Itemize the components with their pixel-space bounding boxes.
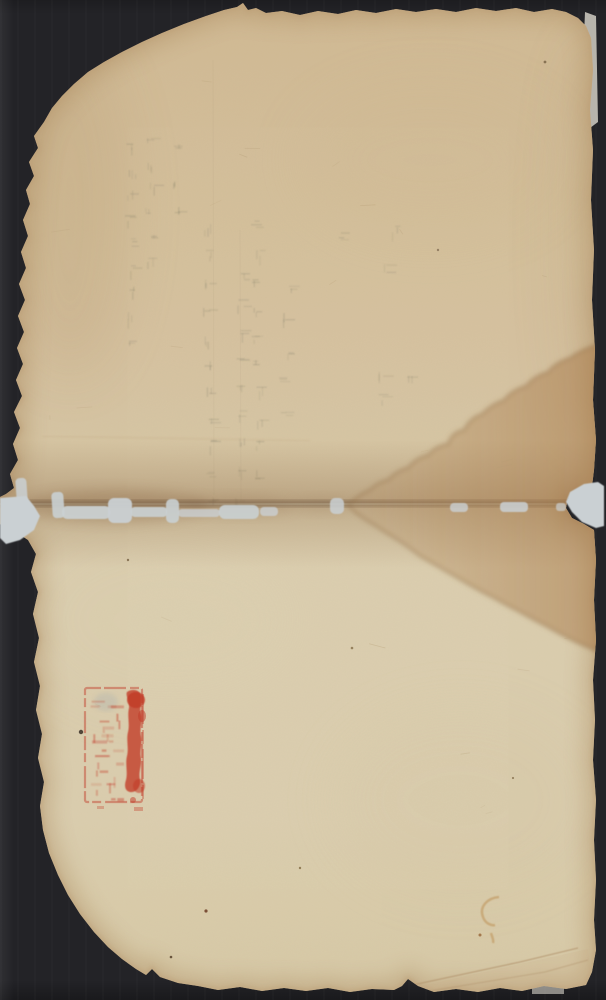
speck [512, 777, 514, 779]
tear-patch [330, 498, 344, 514]
seal-blob-bottom [133, 779, 145, 793]
tear-patch [556, 503, 566, 511]
tear-patch [62, 506, 110, 519]
tear-patch [108, 498, 132, 523]
scanned-manuscript-page: Scanned leaf of an aged, torn manuscript… [0, 0, 606, 1000]
speck [299, 867, 301, 869]
tear-patch [131, 507, 167, 517]
seal-blob [138, 710, 146, 722]
tear-patch [450, 503, 468, 512]
scan-canvas [0, 0, 606, 1000]
tear-patch [178, 509, 220, 517]
tear-patch [500, 502, 528, 512]
speck [127, 559, 129, 561]
tear-patch [260, 507, 278, 516]
speck [479, 934, 482, 937]
tear-patch [166, 499, 179, 523]
tear-patch [219, 505, 259, 519]
speck [204, 909, 207, 912]
speck [351, 647, 354, 650]
speck [170, 956, 173, 959]
seal-blob [130, 797, 136, 803]
seal-fragment [97, 806, 104, 809]
speck [79, 730, 83, 734]
seal-blob-top [127, 692, 145, 708]
speck [544, 61, 547, 64]
speck [437, 249, 439, 251]
seal-fragment [134, 807, 143, 811]
